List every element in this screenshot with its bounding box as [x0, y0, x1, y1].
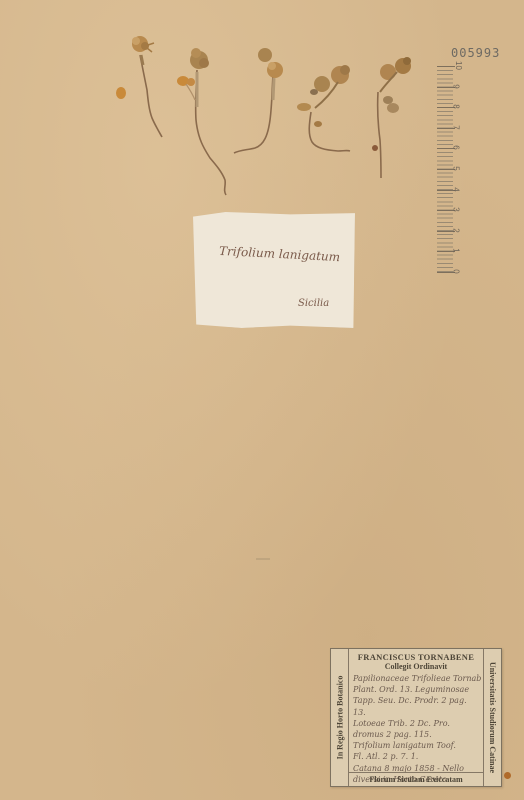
label-side-left: In Regio Horto Botanico: [331, 649, 348, 786]
note-line: Trifolium lanigatum Toof.: [353, 740, 481, 751]
note-line: Plant. Ord. 13. Leguminosae: [353, 684, 481, 695]
note-line: Tapp. Seu. Dc. Prodr. 2 pag.: [353, 695, 481, 706]
collection-label: In Regio Horto Botanico FRANCISCUS TORNA…: [330, 648, 502, 787]
label-footer: Florum Siculam Exiccatam: [349, 772, 483, 784]
herbarium-sheet: 005993 10 9 8 7 6 5 4 3 2 1 0: [0, 0, 524, 800]
collector-subtitle: Collegit Ordinavit: [349, 662, 483, 671]
locality: Sicilia: [298, 298, 329, 309]
handwritten-notes: Papilionaceae Trifolieae Tornab. Plant. …: [353, 673, 481, 785]
note-line: 13.: [353, 707, 481, 718]
note-line: Fl. Atl. 2 p. 7. 1.: [353, 751, 481, 762]
paper-mark: [256, 558, 270, 560]
plant-specimen-2: [177, 48, 226, 195]
note-line: Papilionaceae Trifolieae Tornab.: [353, 673, 481, 684]
taxon-name: Trifolium lanigatum: [219, 244, 341, 264]
plant-specimen-4: [297, 65, 350, 151]
plant-specimen-3: [234, 48, 283, 153]
note-line: dromus 2 pag. 115.: [353, 729, 481, 740]
note-line: Lotoeae Trib. 2 Dc. Pro.: [353, 718, 481, 729]
specimen-label: Trifolium lanigatum Sicilia: [193, 212, 355, 328]
collector-name: FRANCISCUS TORNABENE: [349, 652, 483, 662]
label-side-right: Universitatis Studiorum Catinae: [484, 649, 501, 786]
plant-specimen-1: [132, 36, 162, 137]
ink-stain: [504, 772, 511, 779]
label-body: FRANCISCUS TORNABENE Collegit Ordinavit …: [348, 649, 484, 786]
loose-leaflet: [116, 87, 126, 99]
plant-specimen-5: [372, 57, 411, 178]
